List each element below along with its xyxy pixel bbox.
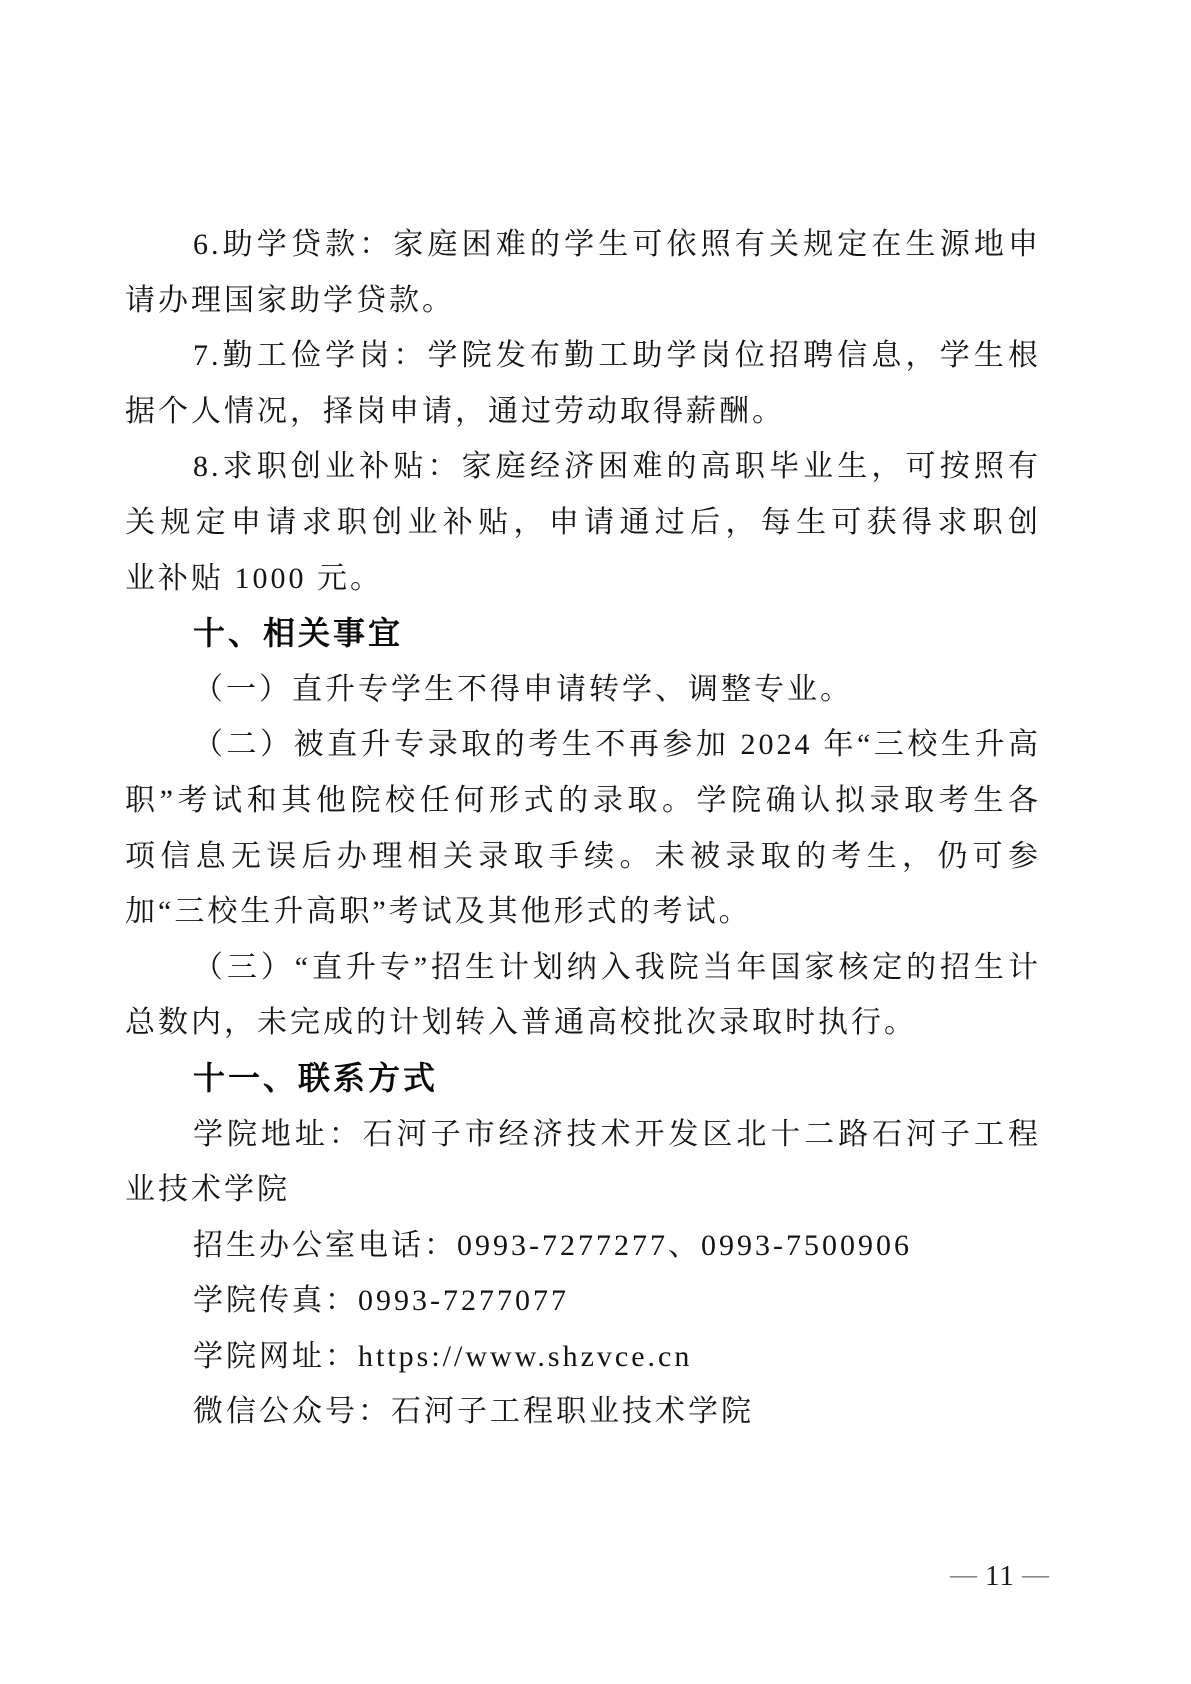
text-line: 关规定申请求职创业补贴，申请通过后，每生可获得求职创 <box>125 495 1041 551</box>
text-line: （三）“直升专”招生计划纳入我院当年国家核定的招生计划 <box>125 940 1041 996</box>
section-heading: 十一、联系方式 <box>125 1051 1041 1107</box>
text-line: 8.求职创业补贴：家庭经济困难的高职毕业生，可按照有 <box>125 439 1041 495</box>
text-line: 加“三校生升高职”考试及其他形式的考试。 <box>125 884 1041 940</box>
page-number-value: 11 <box>978 1560 1022 1592</box>
text-line: 据个人情况，择岗申请，通过劳动取得薪酬。 <box>125 384 1041 440</box>
text-line: （一）直升专学生不得申请转学、调整专业。 <box>125 662 1041 718</box>
text-line: 总数内，未完成的计划转入普通高校批次录取时执行。 <box>125 995 1041 1051</box>
text-line: 请办理国家助学贷款。 <box>125 273 1041 329</box>
page-number: —11— <box>950 1556 1070 1596</box>
text-line: 微信公众号：石河子工程职业技术学院 <box>125 1384 1041 1440</box>
document-body: 6.助学贷款：家庭困难的学生可依照有关规定在生源地申请办理国家助学贷款。7.勤工… <box>125 217 1041 1440</box>
text-line: （二）被直升专录取的考生不再参加 2024 年“三校生升高 <box>125 717 1041 773</box>
section-heading: 十、相关事宜 <box>125 606 1041 662</box>
page-number-dash-left: — <box>950 1559 978 1589</box>
text-line: 职”考试和其他院校任何形式的录取。学院确认拟录取考生各 <box>125 773 1041 829</box>
text-line: 学院传真：0993-7277077 <box>125 1273 1041 1329</box>
text-line: 招生办公室电话：0993-7277277、0993-7500906 <box>125 1218 1041 1274</box>
text-line: 项信息无误后办理相关录取手续。未被录取的考生，仍可参 <box>125 829 1041 885</box>
text-line: 业补贴 1000 元。 <box>125 551 1041 607</box>
text-line: 学院网址：https://www.shzvce.cn <box>125 1329 1041 1385</box>
text-line: 学院地址：石河子市经济技术开发区北十二路石河子工程职 <box>125 1107 1041 1163</box>
text-line: 业技术学院 <box>125 1162 1041 1218</box>
page-number-dash-right: — <box>1022 1559 1050 1589</box>
text-line: 7.勤工俭学岗：学院发布勤工助学岗位招聘信息，学生根 <box>125 328 1041 384</box>
page: 6.助学贷款：家庭困难的学生可依照有关规定在生源地申请办理国家助学贷款。7.勤工… <box>0 0 1191 1684</box>
text-line: 6.助学贷款：家庭困难的学生可依照有关规定在生源地申 <box>125 217 1041 273</box>
